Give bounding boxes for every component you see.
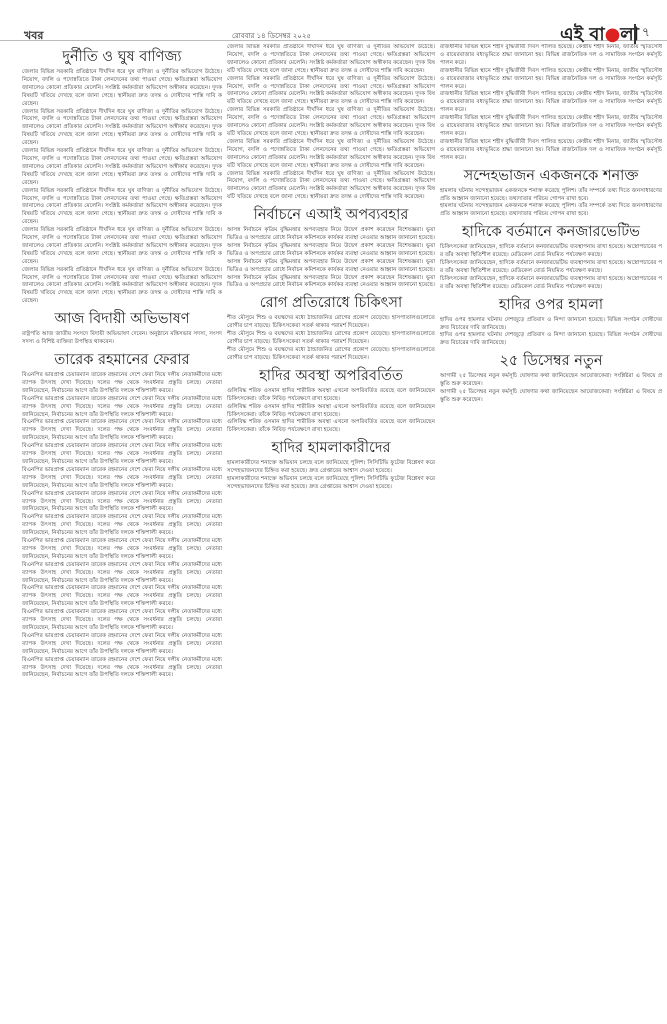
article-body: গুলিবিদ্ধ শরিফ ওসমান হাদির শারীরিক অবস্থ… bbox=[227, 388, 435, 404]
article-body-cont: আসন্ন নির্বাচনে কৃত্রিম বুদ্ধিমত্তার অপব… bbox=[227, 243, 435, 259]
article-body: জেলার বিভিন্ন সরকারি প্রতিষ্ঠানে দীর্ঘদি… bbox=[227, 139, 435, 171]
headline: রোগ প্রতিরোধে চিকিৎসা bbox=[227, 294, 435, 312]
article-body-cont: চিকিৎসকেরা জানিয়েছেন, হাদিকে বর্তমানে ক… bbox=[440, 276, 662, 292]
article: আজ বিদায়ী অভিভাষণ রাষ্ট্রপতি আজ জাতীয় … bbox=[22, 310, 222, 347]
article-body-cont: জেলার বিভিন্ন সরকারি প্রতিষ্ঠানে দীর্ঘদি… bbox=[22, 267, 222, 307]
article-body: আগামী ২৫ ডিসেম্বর নতুন কর্মসূচি ঘোষণার ক… bbox=[440, 373, 662, 389]
article-body-cont: রাজধানীর বিভিন্ন স্থানে শহীদ বুদ্ধিজীবী … bbox=[440, 68, 662, 92]
article: নির্বাচনে এআই অপব্যবহার আসন্ন নির্বাচনে … bbox=[227, 206, 435, 290]
headline: হাদির হামলাকারীদের bbox=[227, 439, 435, 457]
article-body: জেলার বিভিন্ন সরকারি প্রতিষ্ঠানে দীর্ঘদি… bbox=[22, 69, 222, 109]
article-body-cont: বিএনপির ভারপ্রাপ্ত চেয়ারম্যান তারেক রহম… bbox=[22, 562, 222, 586]
article-body-cont: চিকিৎসকেরা জানিয়েছেন, হাদিকে বর্তমানে ক… bbox=[440, 260, 662, 276]
article-body: হাদির ওপর হামলার ঘটনায় দেশজুড়ে প্রতিবা… bbox=[440, 317, 662, 333]
article: হাদিকে বর্তমানে কনজারভেটিভ চিকিৎসকেরা জা… bbox=[440, 223, 662, 291]
article: রাজধানীর বিভিন্ন স্থানে শহীদ বুদ্ধিজীবী … bbox=[440, 44, 662, 163]
column-2: জেলার বিভিন্ন সরকারি প্রতিষ্ঠানে দীর্ঘদি… bbox=[227, 44, 435, 1014]
article-body-cont: বিএনপির ভারপ্রাপ্ত চেয়ারম্যান তারেক রহম… bbox=[22, 585, 222, 609]
article-body: আসন্ন নির্বাচনে কৃত্রিম বুদ্ধিমত্তার অপব… bbox=[227, 227, 435, 243]
article-body-cont: জেলার বিভিন্ন সরকারি প্রতিষ্ঠানে দীর্ঘদি… bbox=[22, 109, 222, 149]
page-header: খবর রোববার ১৪ ডিসেম্বর ২০২৫ এই বা●লা ৭ bbox=[0, 0, 667, 41]
article-body-cont: বিএনপির ভারপ্রাপ্ত চেয়ারম্যান তারেক রহম… bbox=[22, 633, 222, 657]
logo-dot-icon: ● bbox=[605, 24, 621, 45]
article-body-cont: বিএনপির ভারপ্রাপ্ত চেয়ারম্যান তারেক রহম… bbox=[22, 491, 222, 515]
article-body-cont: শীত মৌসুমে শিশু ও বয়স্কদের মধ্যে ঠান্ডা… bbox=[227, 347, 435, 363]
page-number: ৭ bbox=[634, 24, 650, 44]
article-body-cont: জেলার বিভিন্ন সরকারি প্রতিষ্ঠানে দীর্ঘদি… bbox=[22, 188, 222, 228]
article-body: হামলার ঘটনায় সন্দেহভাজন একজনকে শনাক্ত ক… bbox=[440, 188, 662, 204]
article-body: শীত মৌসুমে শিশু ও বয়স্কদের মধ্যে ঠান্ডা… bbox=[227, 315, 435, 331]
article-body: জেলার বিভিন্ন সরকারি প্রতিষ্ঠানে দীর্ঘদি… bbox=[227, 171, 435, 203]
article-body-cont: হামলাকারীদের শনাক্তে অভিযান চলছে বলে জান… bbox=[227, 476, 435, 492]
article-body: রাষ্ট্রপতি আজ জাতীয় সংসদে বিদায়ী অভিভা… bbox=[22, 331, 222, 347]
article-body-cont: রাজধানীর বিভিন্ন স্থানে শহীদ বুদ্ধিজীবী … bbox=[440, 91, 662, 115]
article-body-cont: আগামী ২৫ ডিসেম্বর নতুন কর্মসূচি ঘোষণার ক… bbox=[440, 389, 662, 405]
headline: হাদির ওপর হামলা bbox=[440, 296, 662, 314]
headline: দুর্নীতি ও ঘুষ বাণিজ্য bbox=[22, 48, 222, 66]
article: তারেক রহমানের ফেরার বিএনপির ভারপ্রাপ্ত চ… bbox=[22, 351, 222, 680]
article-body-cont: রাজধানীর বিভিন্ন স্থানে শহীদ বুদ্ধিজীবী … bbox=[440, 115, 662, 139]
article: হাদির হামলাকারীদের হামলাকারীদের শনাক্তে … bbox=[227, 439, 435, 492]
headline: নির্বাচনে এআই অপব্যবহার bbox=[227, 206, 435, 224]
headline: হাদির অবস্থা অপরিবর্তিত bbox=[227, 367, 435, 385]
headline: সন্দেহভাজন একজনকে শনাক্ত bbox=[440, 167, 662, 185]
article: হাদির অবস্থা অপরিবর্তিত গুলিবিদ্ধ শরিফ ও… bbox=[227, 367, 435, 435]
article-body-cont: বিএনপির ভারপ্রাপ্ত চেয়ারম্যান তারেক রহম… bbox=[22, 538, 222, 562]
article-body: জেলার বিভিন্ন সরকারি প্রতিষ্ঠানে দীর্ঘদি… bbox=[227, 44, 435, 76]
article: ২৫ ডিসেম্বর নতুন আগামী ২৫ ডিসেম্বর নতুন … bbox=[440, 352, 662, 405]
article-body-cont: বিএনপির ভারপ্রাপ্ত চেয়ারম্যান তারেক রহম… bbox=[22, 467, 222, 491]
headline: আজ বিদায়ী অভিভাষণ bbox=[22, 310, 222, 328]
article-body-cont: হাদির ওপর হামলার ঘটনায় দেশজুড়ে প্রতিবা… bbox=[440, 332, 662, 348]
article-body: বিএনপির ভারপ্রাপ্ত চেয়ারম্যান তারেক রহম… bbox=[22, 372, 222, 396]
article-body: জেলার বিভিন্ন সরকারি প্রতিষ্ঠানে দীর্ঘদি… bbox=[227, 76, 435, 108]
article: হাদির ওপর হামলা হাদির ওপর হামলার ঘটনায় … bbox=[440, 296, 662, 349]
article-body-cont: আসন্ন নির্বাচনে কৃত্রিম বুদ্ধিমত্তার অপব… bbox=[227, 259, 435, 275]
article-body-cont: শীত মৌসুমে শিশু ও বয়স্কদের মধ্যে ঠান্ডা… bbox=[227, 331, 435, 347]
article: রোগ প্রতিরোধে চিকিৎসা শীত মৌসুমে শিশু ও … bbox=[227, 294, 435, 362]
headline: হাদিকে বর্তমানে কনজারভেটিভ bbox=[440, 223, 662, 241]
article-body: রাজধানীর বিভিন্ন স্থানে শহীদ বুদ্ধিজীবী … bbox=[440, 44, 662, 68]
headline: তারেক রহমানের ফেরার bbox=[22, 351, 222, 369]
article-body: জেলার বিভিন্ন সরকারি প্রতিষ্ঠানে দীর্ঘদি… bbox=[227, 107, 435, 139]
dateline: রোববার ১৪ ডিসেম্বর ২০২৫ bbox=[232, 30, 311, 42]
article-body: হামলাকারীদের শনাক্তে অভিযান চলছে বলে জান… bbox=[227, 460, 435, 476]
article-body-cont: হামলার ঘটনায় সন্দেহভাজন একজনকে শনাক্ত ক… bbox=[440, 203, 662, 219]
article-body-cont: বিএনপির ভারপ্রাপ্ত চেয়ারম্যান তারেক রহম… bbox=[22, 514, 222, 538]
article-body-cont: বিএনপির ভারপ্রাপ্ত চেয়ারম্যান তারেক রহম… bbox=[22, 396, 222, 420]
article-body-cont: বিএনপির ভারপ্রাপ্ত চেয়ারম্যান তারেক রহম… bbox=[22, 443, 222, 467]
article-body-cont: জেলার বিভিন্ন সরকারি প্রতিষ্ঠানে দীর্ঘদি… bbox=[22, 148, 222, 188]
article-body-cont: গুলিবিদ্ধ শরিফ ওসমান হাদির শারীরিক অবস্থ… bbox=[227, 404, 435, 420]
article: সন্দেহভাজন একজনকে শনাক্ত হামলার ঘটনায় স… bbox=[440, 167, 662, 220]
article-body-cont: বিএনপির ভারপ্রাপ্ত চেয়ারম্যান তারেক রহম… bbox=[22, 609, 222, 633]
article-body-cont: রাজধানীর বিভিন্ন স্থানে শহীদ বুদ্ধিজীবী … bbox=[440, 139, 662, 163]
column-1: দুর্নীতি ও ঘুষ বাণিজ্য জেলার বিভিন্ন সরক… bbox=[22, 44, 222, 1014]
column-3: রাজধানীর বিভিন্ন স্থানে শহীদ বুদ্ধিজীবী … bbox=[440, 44, 662, 1014]
article-body-cont: বিএনপির ভারপ্রাপ্ত চেয়ারম্যান তারেক রহম… bbox=[22, 657, 222, 681]
article-body-cont: গুলিবিদ্ধ শরিফ ওসমান হাদির শারীরিক অবস্থ… bbox=[227, 419, 435, 435]
article: দুর্নীতি ও ঘুষ বাণিজ্য জেলার বিভিন্ন সরক… bbox=[22, 48, 222, 306]
article-body: চিকিৎসকেরা জানিয়েছেন, হাদিকে বর্তমানে ক… bbox=[440, 244, 662, 260]
article-body-cont: আসন্ন নির্বাচনে কৃত্রিম বুদ্ধিমত্তার অপব… bbox=[227, 275, 435, 291]
article-body-cont: জেলার বিভিন্ন সরকারি প্রতিষ্ঠানে দীর্ঘদি… bbox=[22, 227, 222, 267]
headline: ২৫ ডিসেম্বর নতুন bbox=[440, 352, 662, 370]
article-body-cont: বিএনপির ভারপ্রাপ্ত চেয়ারম্যান তারেক রহম… bbox=[22, 419, 222, 443]
